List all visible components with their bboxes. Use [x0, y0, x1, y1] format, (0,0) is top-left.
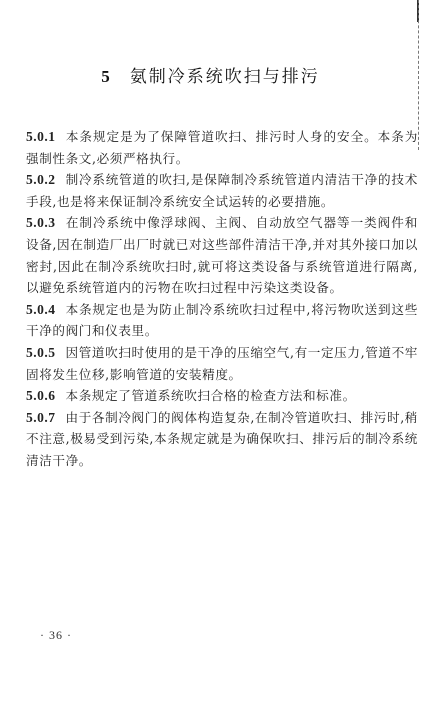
clause-text: 因管道吹扫时使用的是干净的压缩空气,有一定压力,管道不牢固将发生位移,影响管道的… [26, 345, 418, 382]
clause-number: 5.0.2 [26, 172, 56, 187]
clause-5-0-1: 5.0.1本条规定是为了保障管道吹扫、排污时人身的安全。本条为强制性条文,必须严… [26, 126, 418, 169]
clause-text: 由于各制冷阀门的阀体构造复杂,在制冷管道吹扫、排污时,稍不注意,极易受到污染,本… [26, 410, 418, 468]
chapter-heading: 5氨制冷系统吹扫与排污 [0, 62, 421, 87]
clause-number: 5.0.6 [26, 388, 56, 403]
clause-text: 本条规定也是为防止制冷系统吹扫过程中,将污物吹送到这些干净的阀门和仪表里。 [26, 302, 418, 339]
page-number: · 36 · [40, 628, 72, 643]
clause-text: 本条规定了管道系统吹扫合格的检查方法和标准。 [66, 388, 356, 403]
clause-number: 5.0.1 [26, 129, 56, 144]
document-body: 5.0.1本条规定是为了保障管道吹扫、排污时人身的安全。本条为强制性条文,必须严… [26, 126, 418, 472]
clause-5-0-5: 5.0.5因管道吹扫时使用的是干净的压缩空气,有一定压力,管道不牢固将发生位移,… [26, 342, 418, 385]
clause-5-0-4: 5.0.4本条规定也是为防止制冷系统吹扫过程中,将污物吹送到这些干净的阀门和仪表… [26, 299, 418, 342]
clause-number: 5.0.5 [26, 345, 56, 360]
chapter-title: 氨制冷系统吹扫与排污 [130, 67, 320, 87]
chapter-number: 5 [101, 67, 112, 86]
clause-text: 本条规定是为了保障管道吹扫、排污时人身的安全。本条为强制性条文,必须严格执行。 [26, 129, 418, 166]
clause-text: 在制冷系统中像浮球阀、主阀、自动放空气器等一类阀件和设备,因在制造厂出厂时就已对… [26, 215, 418, 295]
clause-5-0-3: 5.0.3在制冷系统中像浮球阀、主阀、自动放空气器等一类阀件和设备,因在制造厂出… [26, 212, 418, 298]
clause-text: 制冷系统管道的吹扫,是保障制冷系统管道内清洁干净的技术手段,也是将来保证制冷系统… [26, 172, 418, 209]
clause-5-0-7: 5.0.7由于各制冷阀门的阀体构造复杂,在制冷管道吹扫、排污时,稍不注意,极易受… [26, 407, 418, 472]
clause-number: 5.0.3 [26, 215, 56, 230]
clause-number: 5.0.4 [26, 302, 56, 317]
clause-5-0-2: 5.0.2制冷系统管道的吹扫,是保障制冷系统管道内清洁干净的技术手段,也是将来保… [26, 169, 418, 212]
clause-number: 5.0.7 [26, 410, 56, 425]
clause-5-0-6: 5.0.6本条规定了管道系统吹扫合格的检查方法和标准。 [26, 385, 418, 407]
